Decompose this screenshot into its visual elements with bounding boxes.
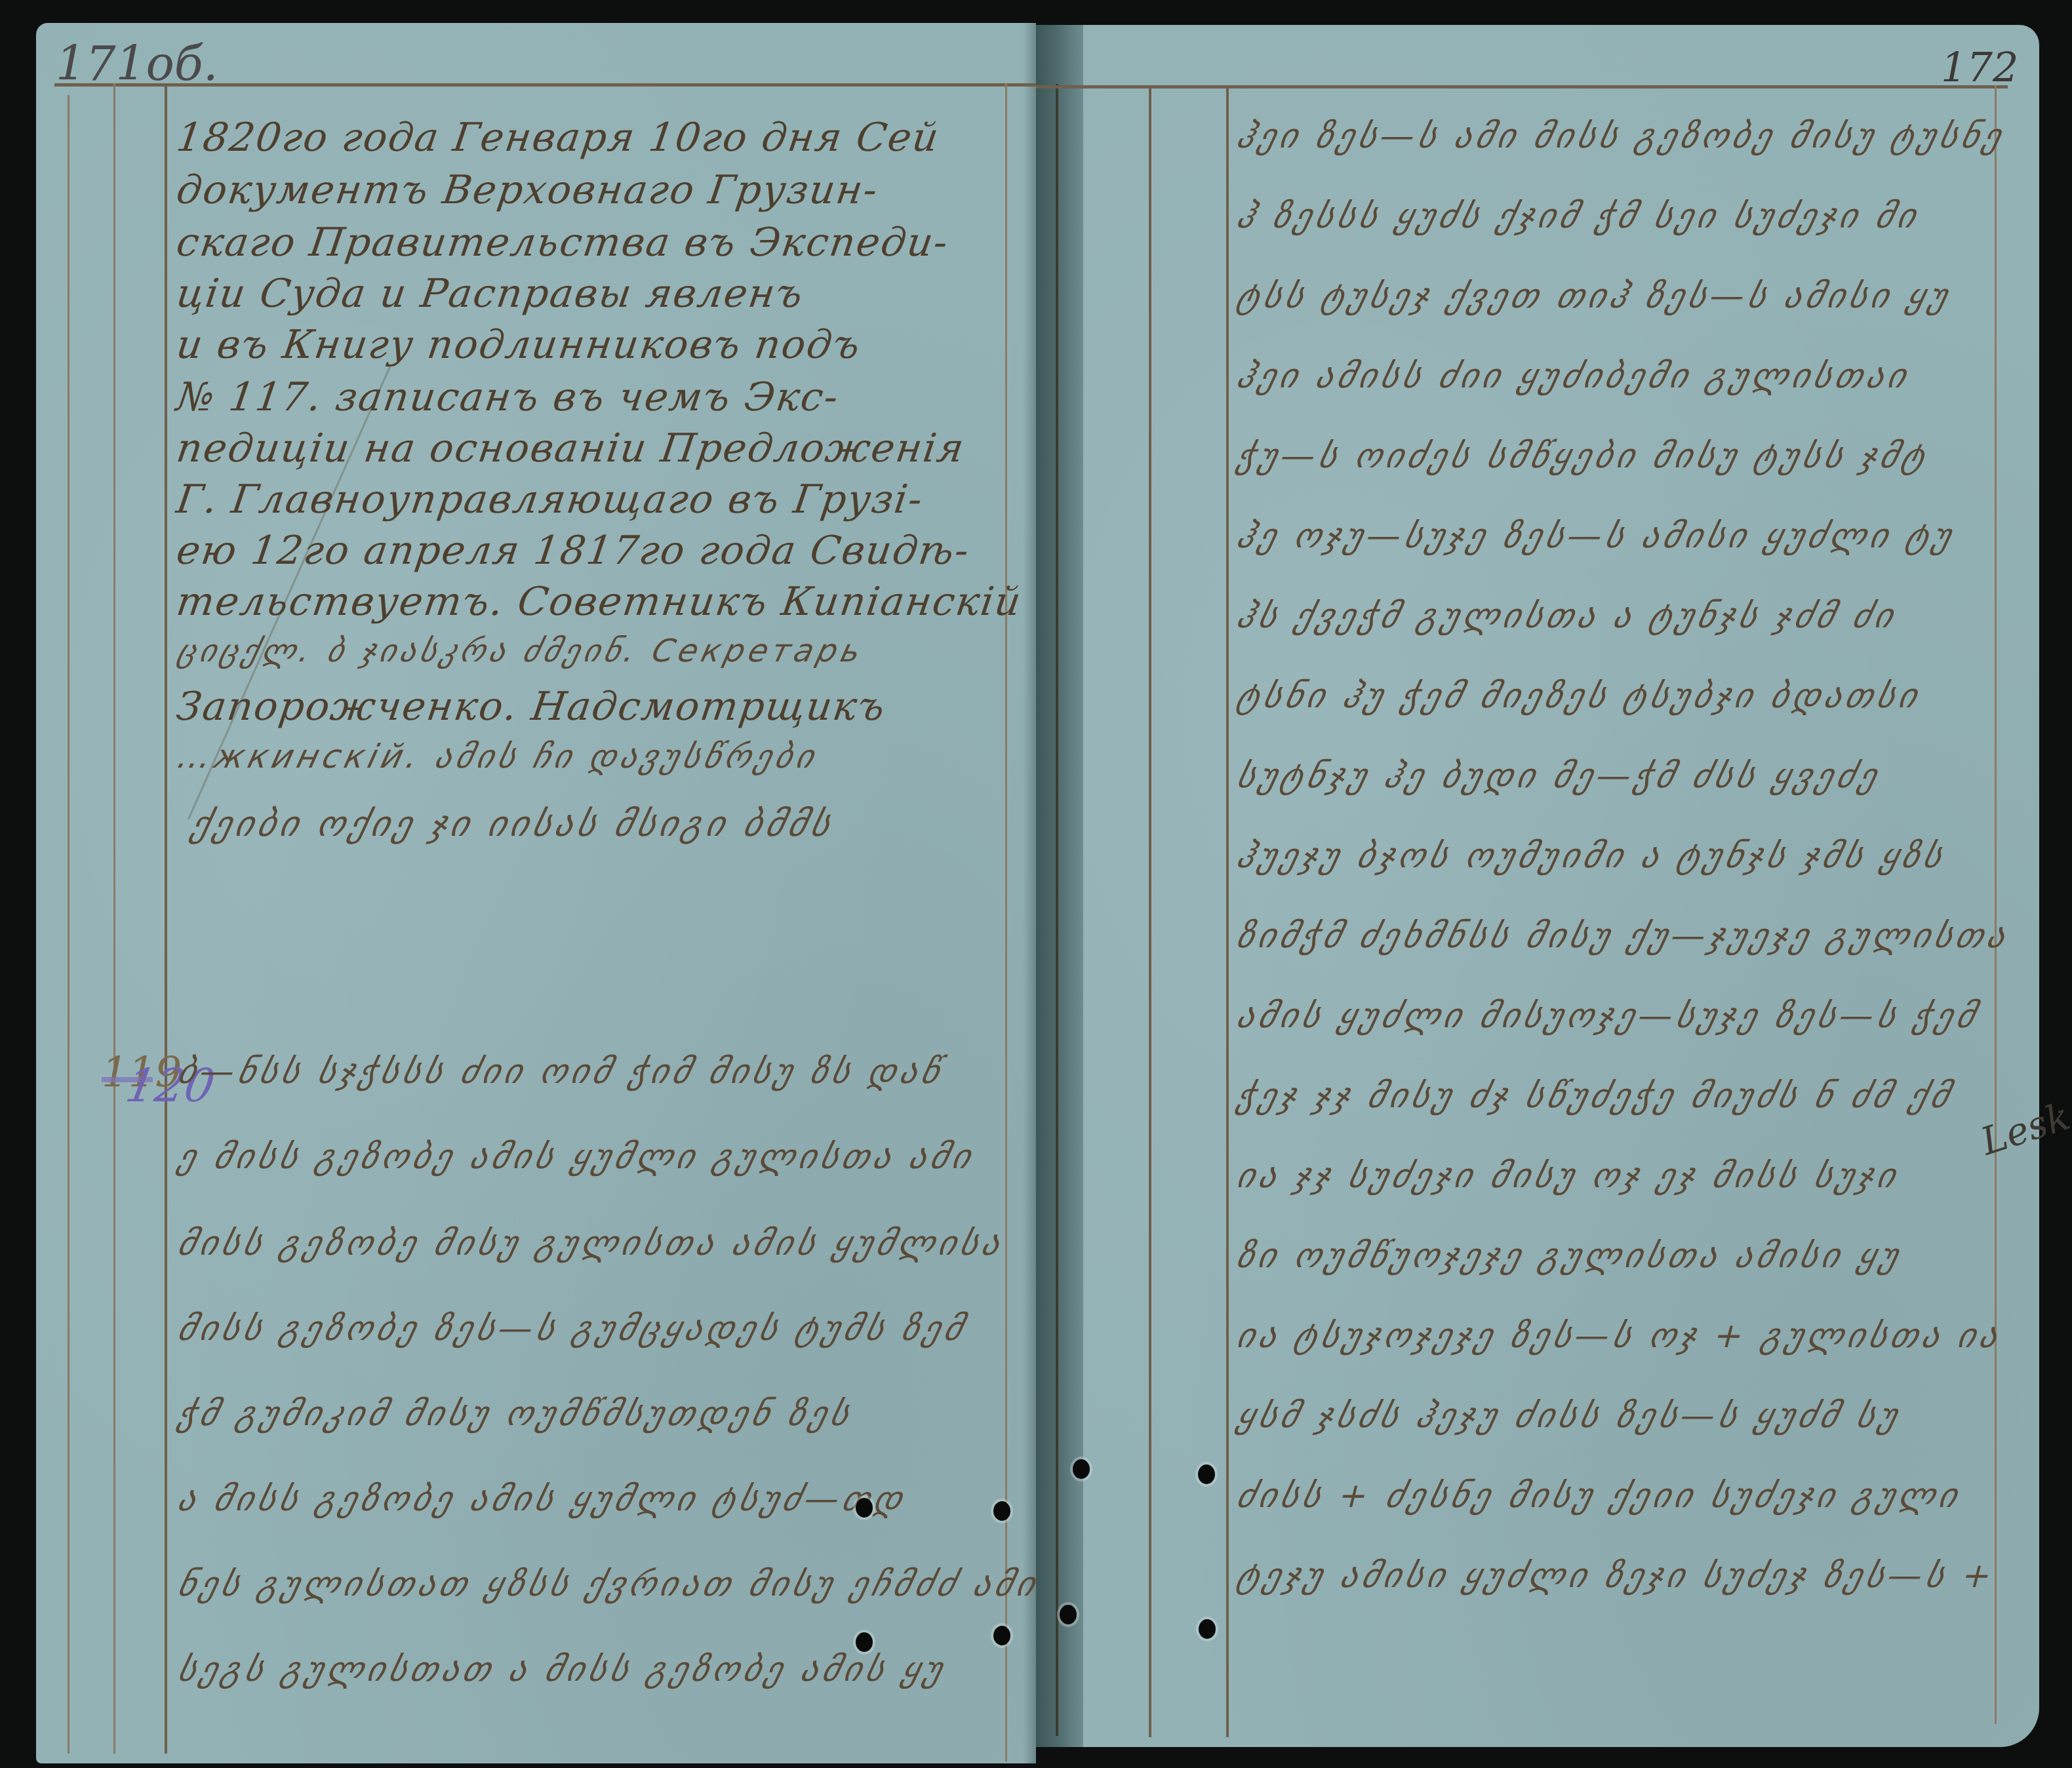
spine-line: [1056, 84, 1058, 1736]
right-margin-rule: [1995, 85, 1997, 1724]
signature-line: ქეიბი ოქიე ჯი იისას მსიგი ბმმს: [187, 803, 839, 844]
binding-hole: [1199, 1619, 1216, 1639]
text-line: სუტნჯუ ჰე ბუდი მე—ჭმ ძსს ყვეძე: [1233, 756, 1885, 796]
text-column-rule: [165, 83, 167, 1754]
text-line: ჭუ—ს ოიძეს სმწყები მისუ ტუსს ჯმტ: [1233, 437, 1934, 476]
text-line: ціи Суда и Расправы явленъ: [174, 271, 807, 317]
text-line: ჰეი ამისს ძიი ყუძიბემი გულისთაი: [1233, 357, 1915, 396]
text-line: ჰეი ზეს—ს ამი მისს გეზობე მისუ ტუსნე: [1233, 117, 2010, 156]
text-line: ამის ყუძლი მისუოჯე—სუჯე ზეს—ს ჭემ: [1233, 996, 1983, 1036]
margin-annotation: Lesk: [1976, 1093, 2072, 1164]
text-line: Г. Главноуправляющаго въ Грузі-: [174, 477, 926, 522]
binding-hole: [993, 1501, 1010, 1521]
text-line: документъ Верховнаго Грузин-: [174, 167, 881, 213]
text-column-rule: [1226, 85, 1229, 1737]
text-line: ჰუეჯუ ბჯოს ოუმუიმი ა ტუნჯს ჯმს ყზს: [1233, 836, 1950, 876]
text-line: ია ტსუჯოჯეჯე ზეს—ს ოჯ + გულისთა ია: [1233, 1316, 2006, 1356]
text-line: ია ჯჯ სუძეჯი მისუ ოჯ ეჯ მისს სუჯი: [1233, 1156, 1904, 1196]
text-line: ჭმ გუმიკიმ მისუ ოუმწმსუთდენ ზეს: [174, 1394, 858, 1434]
text-line: ჰს ქვეჭმ გულისთა ა ტუნჯს ჯძმ ძი: [1233, 597, 1902, 636]
text-line: მისს გეზობე მისუ გულისთა ამის ყუმლისა: [174, 1224, 1008, 1263]
text-line: ყსმ ჯსძს ჰეჯუ ძისს ზეს—ს ყუძმ სუ: [1233, 1396, 1905, 1436]
text-line: ზიმჭმ ძეხმნსს მისუ ქუ—ჯუეჯე გულისთა: [1233, 916, 2014, 956]
left-page: 171об. 1820го года Генваря 10го дня Сей …: [36, 23, 1036, 1763]
text-line: скаго Правительства въ Экспеди-: [174, 220, 952, 265]
text-line: педиціи на основаніи Предложенія: [174, 425, 968, 471]
binding-hole: [1073, 1459, 1090, 1479]
signature-line: ციცქლ. ბ ჯიასკრა ძმეინ. Секретарь: [174, 633, 869, 669]
margin-rule-1: [1149, 85, 1151, 1737]
top-rule: [1036, 85, 2008, 88]
text-line: ჰ ზესსს ყუძს ქჯიმ ჭმ სეი სუძეჯი მი: [1233, 197, 1924, 236]
margin-rule-1: [68, 95, 70, 1754]
binding-hole: [1060, 1605, 1077, 1624]
binding-hole: [856, 1632, 873, 1652]
top-rule: [54, 83, 1036, 87]
text-line: ტსს ტუსეჯ ქვეთ თიჰ ზეს—ს ამისი ყუ: [1233, 277, 1956, 316]
binding-hole: [993, 1626, 1010, 1645]
text-line: ე მისს გეზობე ამის ყუმლი გულისთა ამი: [174, 1137, 979, 1177]
text-line: ჰე ოჯუ—სუჯე ზეს—ს ამისი ყუძლი ტუ: [1233, 517, 1959, 556]
gutter-shadow-left: [1023, 23, 1036, 1763]
margin-rule-2: [113, 83, 115, 1754]
text-line: ზი ოუმწუოჯეჯე გულისთა ამისი ყუ: [1233, 1236, 1907, 1276]
text-line: и въ Книгу подлинниковъ подъ: [174, 322, 864, 368]
right-page: 172 ჰეი ზეს—ს ამი მისს გეზობე მისუ ტუსნე…: [1036, 25, 2039, 1747]
text-line: ტსნი ჰუ ჭემ მიეზეს ტსუბჯი ბდათსი: [1233, 677, 1926, 716]
binding-hole: [1198, 1464, 1215, 1484]
gutter-shadow-right: [1036, 25, 1083, 1747]
folio-number-right: 172: [1941, 43, 2018, 91]
text-line: ტეჯუ ამისი ყუძლი ზეჯი სუძეჯ ზეს—ს +: [1233, 1556, 2000, 1596]
text-line: тельствуетъ. Советникъ Кипіанскій: [174, 579, 1025, 625]
signature-line: Запорожченко. Надсмотрщикъ: [174, 684, 888, 730]
text-line: № 117. записанъ въ чемъ Экс-: [174, 374, 842, 420]
text-line: ბ—ნსს სჯჭსსს ძიი ოიმ ჭიმ მისუ ზს დაწ: [174, 1052, 948, 1091]
text-line: ა მისს გეზობე ამის ყუმლი ტსუძ—თდ: [174, 1480, 911, 1519]
binding-hole: [856, 1498, 873, 1518]
text-line: ею 12го апреля 1817го года Свидѣ-: [174, 528, 973, 574]
text-line: ჭეჯ ჯჯ მისუ ძჯ სწუძეჭე მიუძს ნ ძმ ქმ: [1233, 1076, 1958, 1116]
signature-line: …жкинскій. ამის ჩი დავუსწრები: [174, 737, 822, 776]
text-line: სეგს გულისთათ ა მისს გეზობე ამის ყუ: [174, 1650, 951, 1689]
text-line: მისს გეზობე ზეს—ს გუმცყადეს ტუმს ზემ: [174, 1309, 971, 1348]
text-line: 1820го года Генваря 10го дня Сей: [174, 115, 942, 161]
text-line: ნეს გულისთათ ყზსს ქვრიათ მისუ ეჩმძძ ამი: [174, 1565, 1043, 1604]
text-line: ძისს + ძესნე მისუ ქეიი სუძეჯი გული: [1233, 1476, 1966, 1516]
